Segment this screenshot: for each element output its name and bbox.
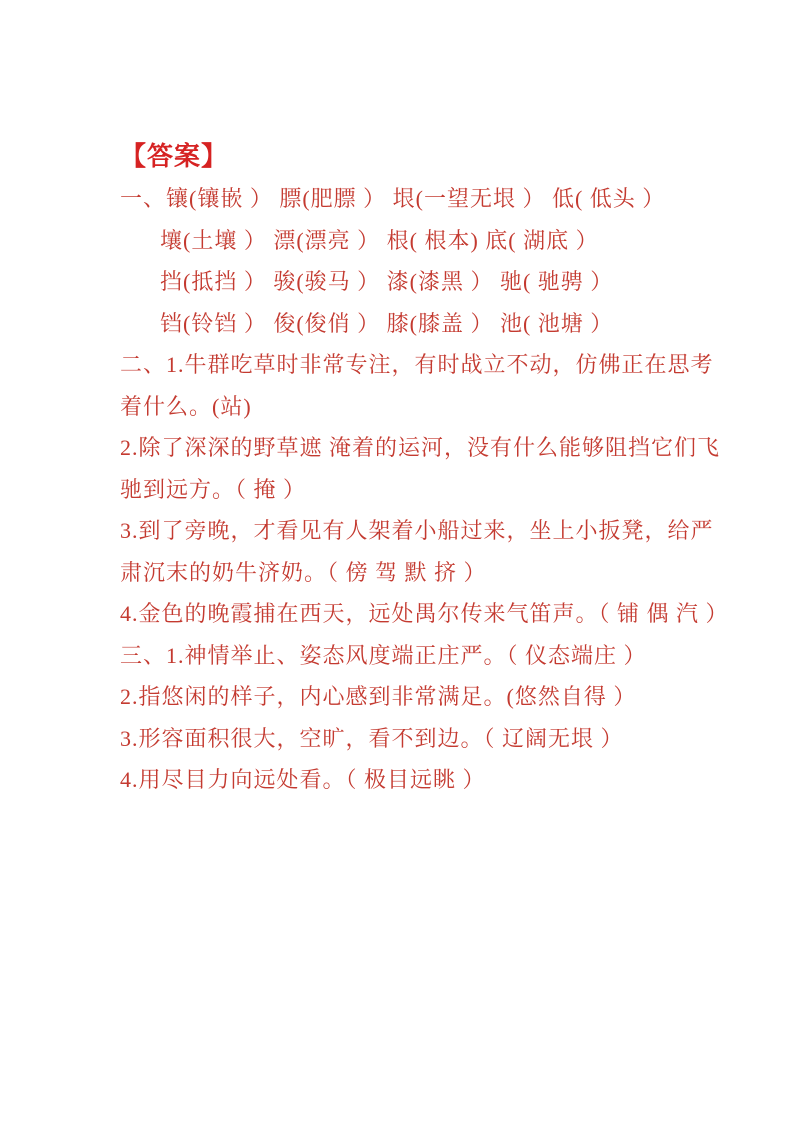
answer-sheet: 【答案】 一、镶(镶嵌 ） 膘(肥膘 ） 垠(一望无垠 ） 低( 低头 ） 壤(… [120,136,720,801]
answer-line-6: 着什么。(站) [120,386,720,428]
answer-line-8: 驰到远方。（ 掩 ） [120,469,720,511]
answer-line-14: 3.形容面积很大，空旷，看不到边。（ 辽阔无垠 ） [120,718,720,760]
answer-line-1: 一、镶(镶嵌 ） 膘(肥膘 ） 垠(一望无垠 ） 低( 低头 ） [120,178,720,220]
answer-line-3: 挡(抵挡 ） 骏(骏马 ） 漆(漆黑 ） 驰( 驰骋 ） [160,261,720,303]
answer-line-9: 3.到了旁晚，才看见有人架着小船过来，坐上小扳凳，给严 [120,510,720,552]
document-page: 【答案】 一、镶(镶嵌 ） 膘(肥膘 ） 垠(一望无垠 ） 低( 低头 ） 壤(… [0,0,793,1122]
answers-heading: 【答案】 [120,136,720,178]
answer-line-15: 4.用尽目力向远处看。（ 极目远眺 ） [120,759,720,801]
answer-line-4: 铛(铃铛 ） 俊(俊俏 ） 膝(膝盖 ） 池( 池塘 ） [160,303,720,345]
answer-line-12: 三、1.神情举止、姿态风度端正庄严。（ 仪态端庄 ） [120,635,720,677]
answer-line-5: 二、1.牛群吃草时非常专注，有时战立不动，仿佛正在思考 [120,344,720,386]
answer-line-13: 2.指悠闲的样子，内心感到非常满足。(悠然自得 ） [120,676,720,718]
answer-line-10: 肃沉末的奶牛济奶。（ 傍 驾 默 挤 ） [120,552,720,594]
answer-line-7: 2.除了深深的野草遮 淹着的运河，没有什么能够阻挡它们飞 [120,427,720,469]
answer-line-11: 4.金色的晚霞捕在西天，远处禺尔传来气笛声。（ 铺 偶 汽 ） [120,593,720,635]
answer-line-2: 壤(土壤 ） 漂(漂亮 ） 根( 根本) 底( 湖底 ） [160,220,720,262]
